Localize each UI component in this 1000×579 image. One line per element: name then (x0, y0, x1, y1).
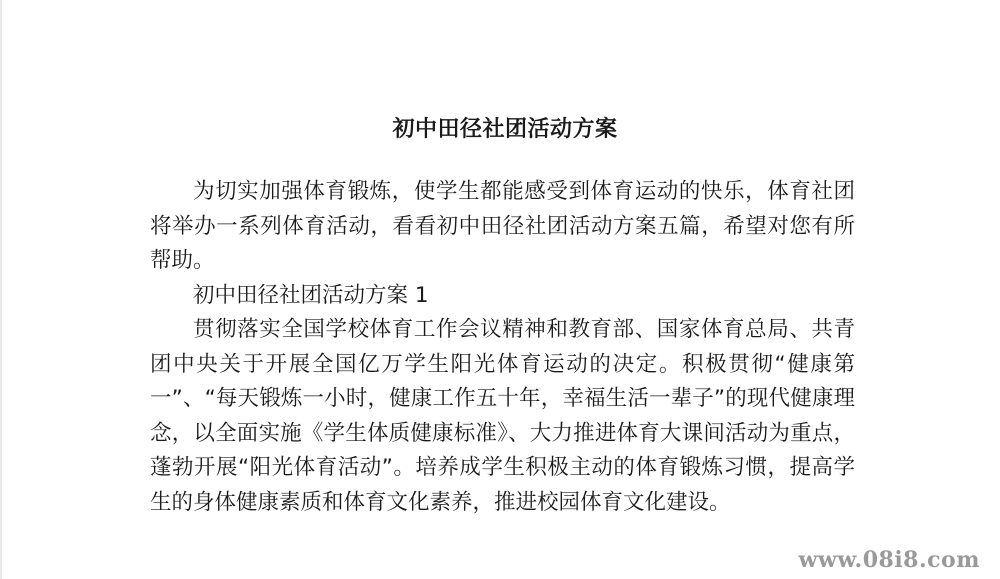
article-body: 为切实加强体育锻炼，使学生都能感受到体育运动的快乐，体育社团将举办一系列体育活动… (150, 175, 855, 520)
intro-paragraph: 为切实加强体育锻炼，使学生都能感受到体育运动的快乐，体育社团将举办一系列体育活动… (150, 175, 855, 279)
site-watermark: www.08i8.com (798, 547, 980, 573)
page-left-border (0, 0, 2, 579)
body-paragraph: 贯彻落实全国学校体育工作会议精神和教育部、国家体育总局、共青团中央关于开展全国亿… (150, 313, 855, 520)
section-heading: 初中田径社团活动方案 1 (150, 279, 855, 314)
article-title: 初中田径社团活动方案 (150, 115, 860, 145)
